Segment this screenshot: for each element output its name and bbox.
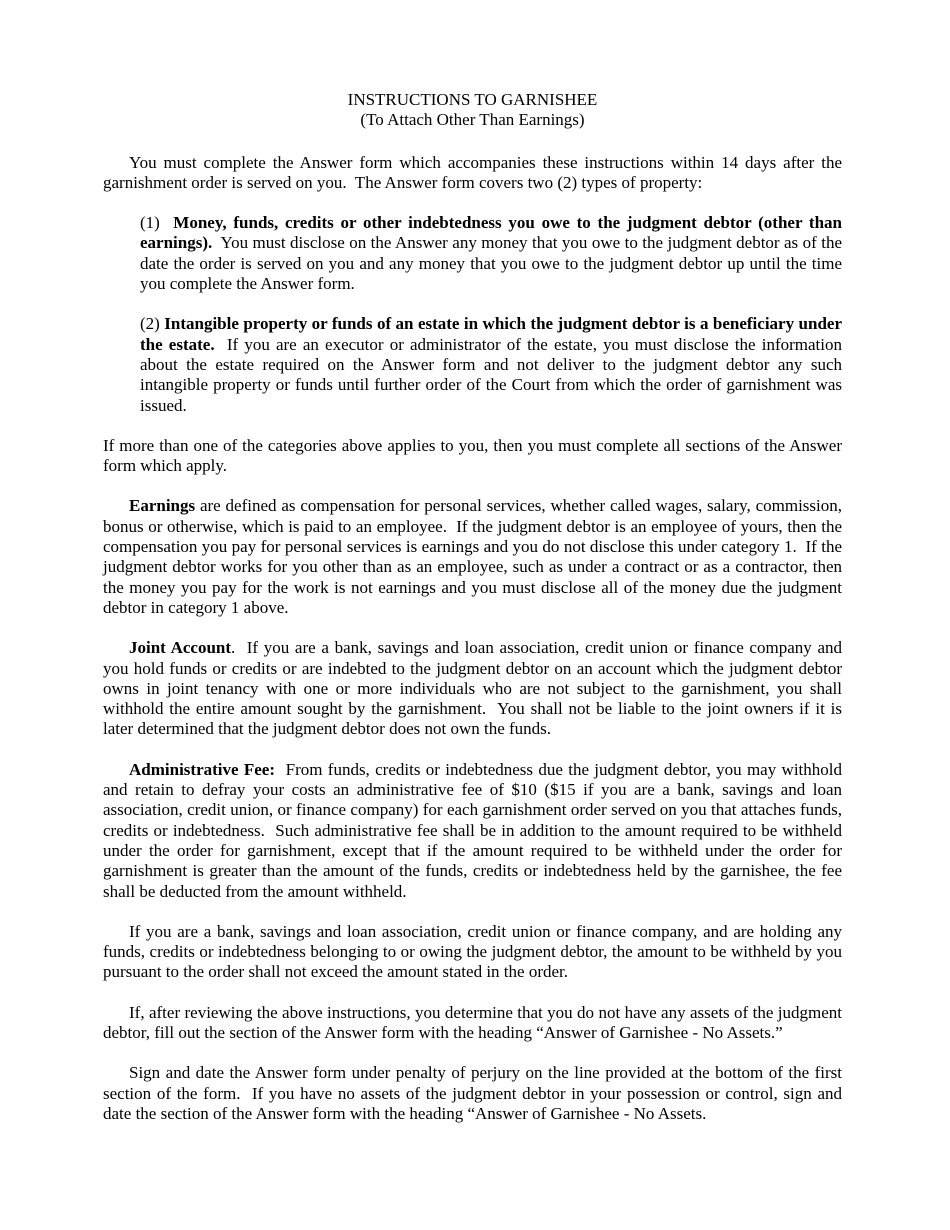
item-2-number: (2) <box>140 314 164 333</box>
no-assets-paragraph: If, after reviewing the above instructio… <box>103 1003 842 1044</box>
item-2-paragraph: (2) Intangible property or funds of an e… <box>103 314 842 415</box>
joint-account-bold-lead: Joint Account <box>129 638 231 657</box>
joint-account-paragraph: Joint Account. If you are a bank, saving… <box>103 638 842 739</box>
categories-note-paragraph: If more than one of the categories above… <box>103 436 842 477</box>
admin-fee-paragraph: Administrative Fee: From funds, credits … <box>103 760 842 902</box>
item-2-body: If you are an executor or administrator … <box>140 335 846 415</box>
item-1-paragraph: (1) Money, funds, credits or other indeb… <box>103 213 842 294</box>
item-1-number: (1) <box>140 213 173 232</box>
document-page: INSTRUCTIONS TO GARNISHEE (To Attach Oth… <box>0 0 950 1230</box>
earnings-bold-lead: Earnings <box>129 496 195 515</box>
admin-fee-body: From funds, credits or indebtedness due … <box>103 760 846 901</box>
sign-date-paragraph: Sign and date the Answer form under pena… <box>103 1063 842 1124</box>
earnings-body: are defined as compensation for personal… <box>103 496 846 616</box>
earnings-paragraph: Earnings are defined as compensation for… <box>103 496 842 618</box>
document-header: INSTRUCTIONS TO GARNISHEE (To Attach Oth… <box>103 90 842 131</box>
admin-fee-bold-lead: Administrative Fee: <box>129 760 275 779</box>
bank-limit-paragraph: If you are a bank, savings and loan asso… <box>103 922 842 983</box>
document-subtitle: (To Attach Other Than Earnings) <box>103 110 842 130</box>
document-title: INSTRUCTIONS TO GARNISHEE <box>103 90 842 110</box>
item-1-body: You must disclose on the Answer any mone… <box>140 233 846 293</box>
intro-paragraph: You must complete the Answer form which … <box>103 153 842 194</box>
